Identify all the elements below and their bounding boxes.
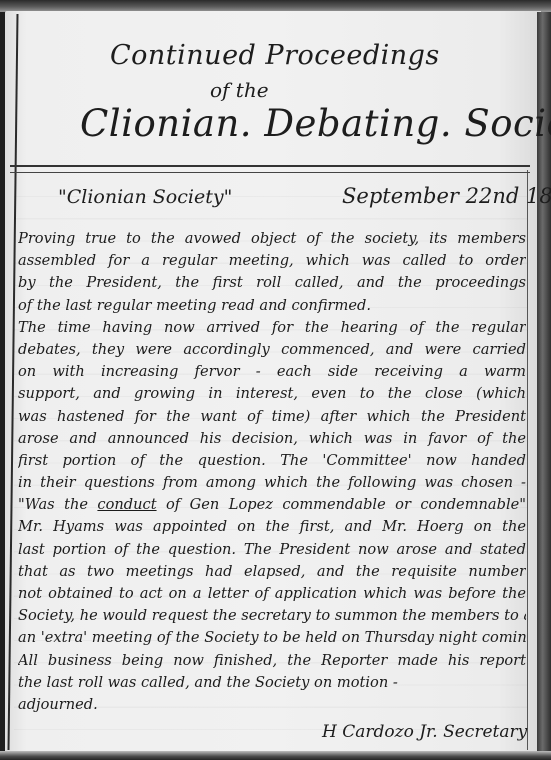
body-line: Society, he would request the secretary … bbox=[18, 605, 526, 627]
page-bottom-edge bbox=[0, 751, 551, 760]
body-line: support, and growing in interest, even t… bbox=[18, 383, 526, 405]
body-line: of the last regular meeting read and con… bbox=[18, 295, 526, 317]
body-line: an 'extra' meeting of the Society to be … bbox=[18, 627, 526, 649]
secretary-signature: H Cardozo Jr. Secretary bbox=[322, 722, 527, 742]
body-line: the last roll was called, and the Societ… bbox=[18, 672, 526, 694]
body-line: in their questions from among which the … bbox=[18, 472, 526, 494]
title-line-2: of the bbox=[210, 78, 269, 102]
body-line: Mr. Hyams was appointed on the first, an… bbox=[18, 516, 526, 538]
body-line: arose and announced his decision, which … bbox=[18, 428, 526, 450]
body-line: not obtained to act on a letter of appli… bbox=[18, 583, 526, 605]
title-line-1: Continued Proceedings bbox=[110, 40, 440, 71]
title-line-3: Clionian. Debating. Society. bbox=[80, 102, 551, 145]
debate-question-line: "Was the conduct of Gen Lopez commendabl… bbox=[18, 494, 526, 516]
meeting-date: September 22nd 1851 bbox=[342, 184, 551, 208]
society-heading: "Clionian Society" bbox=[58, 186, 232, 208]
header-divider bbox=[10, 165, 530, 173]
body-line: on with increasing fervor - each side re… bbox=[18, 361, 526, 383]
body-line: first portion of the question. The 'Comm… bbox=[18, 450, 526, 472]
body-line: by the President, the first roll called,… bbox=[18, 272, 526, 294]
minutes-body: Proving true to the avowed object of the… bbox=[18, 228, 526, 716]
body-line: last portion of the question. The Presid… bbox=[18, 539, 526, 561]
body-line: was hastened for the want of time) after… bbox=[18, 406, 526, 428]
body-line: assembled for a regular meeting, which w… bbox=[18, 250, 526, 272]
body-line: debates, they were accordingly commenced… bbox=[18, 339, 526, 361]
body-line: Proving true to the avowed object of the… bbox=[18, 228, 526, 250]
body-line: adjourned. bbox=[18, 694, 526, 716]
right-margin-rule bbox=[527, 170, 528, 750]
body-line: that as two meetings had elapsed, and th… bbox=[18, 561, 526, 583]
body-line: The time having now arrived for the hear… bbox=[18, 317, 526, 339]
body-line: All business being now finished, the Rep… bbox=[18, 650, 526, 672]
scanned-page: Continued Proceedings of the Clionian. D… bbox=[0, 0, 551, 760]
underlined-word: conduct bbox=[97, 496, 156, 513]
